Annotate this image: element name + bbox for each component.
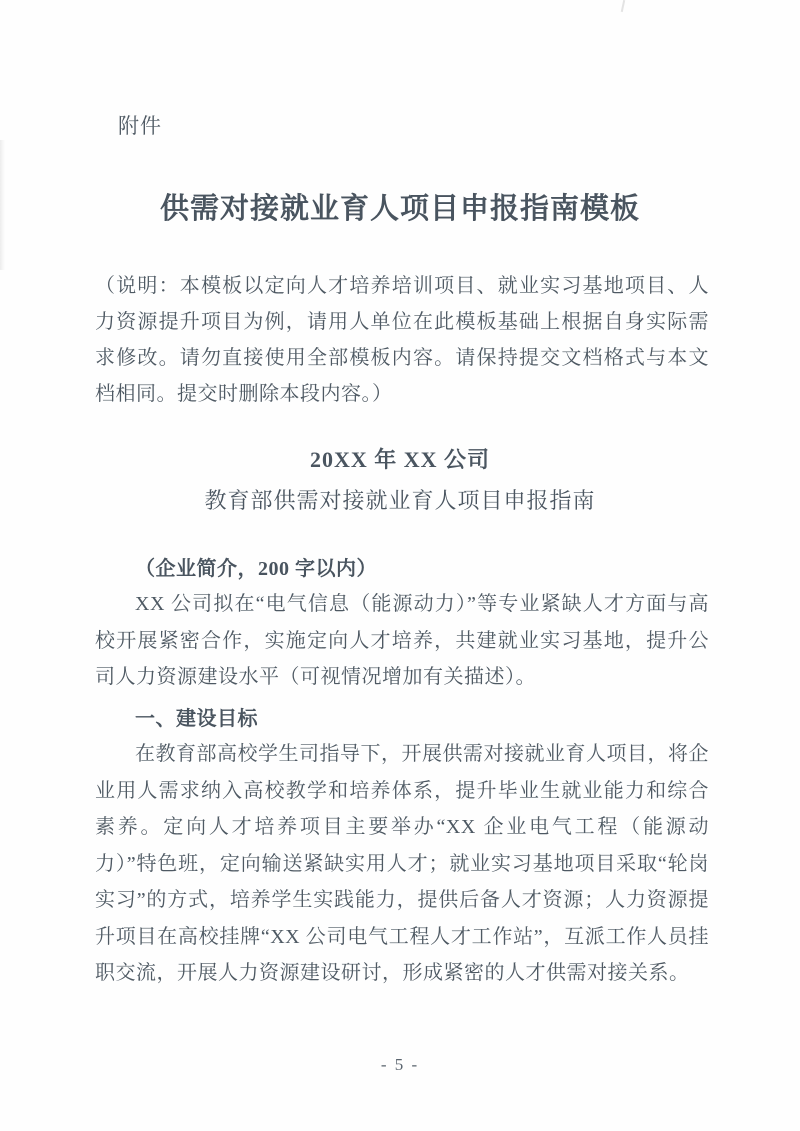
scan-line-artifact (621, 0, 625, 12)
subtitle-year-company: 20XX 年 XX 公司 (0, 443, 800, 474)
company-intro-paragraph: XX 公司拟在“电气信息（能源动力）”等专业紧缺人才方面与高校开展紧密合作，实施… (95, 586, 709, 696)
section1-paragraph: 在教育部高校学生司指导下，开展供需对接就业育人项目，将企业用人需求纳入高校教学和… (95, 736, 709, 992)
attachment-label: 附件 (118, 110, 162, 140)
subtitle-guide-title: 教育部供需对接就业育人项目申报指南 (0, 484, 800, 515)
section1-heading-construction-goals: 一、建设目标 (95, 702, 709, 731)
company-intro-heading: （企业简介，200 字以内） (95, 552, 709, 581)
document-title: 供需对接就业育人项目申报指南模板 (0, 186, 800, 227)
template-note-paragraph: （说明：本模板以定向人才培养培训项目、就业实习基地项目、人力资源提升项目为例，请… (95, 268, 709, 412)
document-page: 附件 供需对接就业育人项目申报指南模板 （说明：本模板以定向人才培养培训项目、就… (0, 0, 800, 1131)
page-number: - 5 - (0, 1055, 800, 1075)
